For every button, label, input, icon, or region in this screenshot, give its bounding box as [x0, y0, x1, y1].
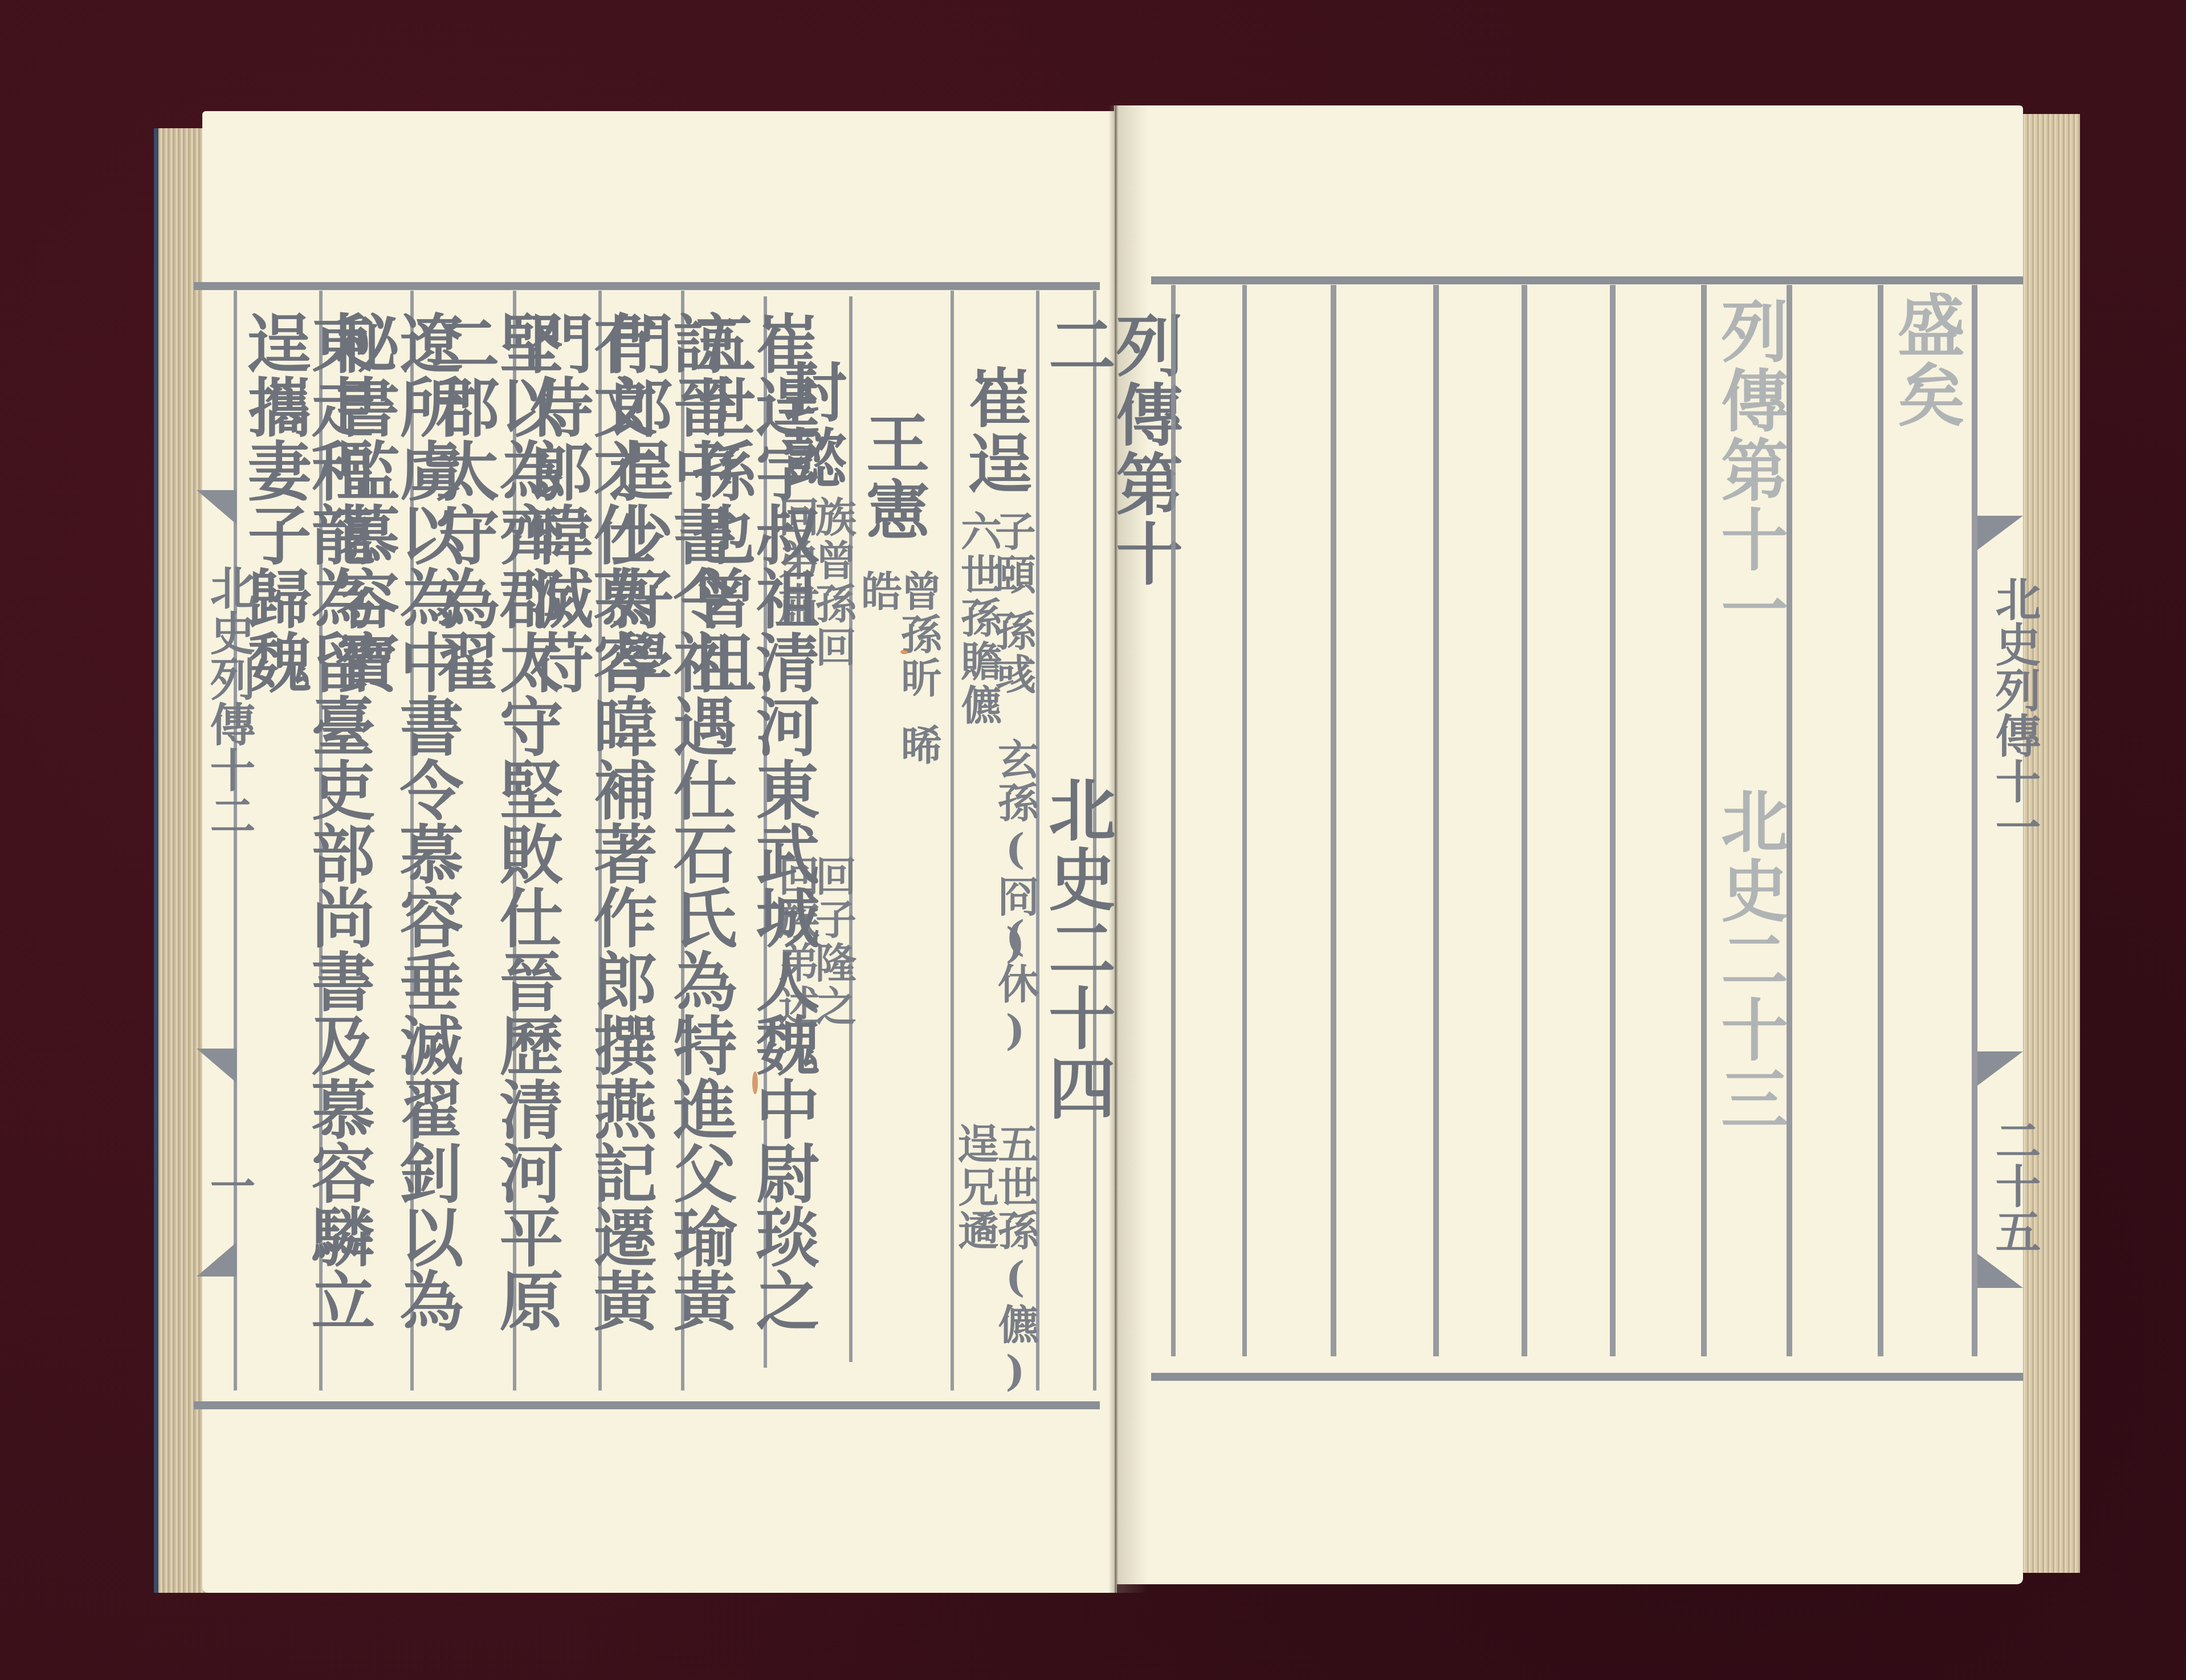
column-rule: [849, 296, 853, 1362]
column-rule: [1331, 285, 1336, 1356]
toc-name-cui-cheng: 崔逞: [963, 365, 1027, 497]
toc-name-wang-xian: 王憲: [860, 410, 924, 543]
column-rule: [1171, 285, 1176, 1356]
paper-stain: [752, 1071, 758, 1094]
right-margin-book-title: 北史列傳十一: [1982, 576, 2048, 849]
column-rule: [1522, 285, 1527, 1356]
closing-text: 盛矣: [1892, 291, 1959, 430]
toc-note: 曾孫昕: [898, 570, 939, 700]
paper-stain: [900, 650, 908, 654]
toc-note: 五世孫(儦): [994, 1123, 1035, 1397]
toc-note: 晞: [898, 724, 939, 767]
toc-note: 皓: [858, 570, 899, 613]
volume-title: 北史二十四: [1043, 775, 1110, 1128]
column-rule: [1972, 285, 1977, 1356]
body-column-6: 東走和龍為留臺吏部尚書及慕容驎立逞攜妻子歸魏: [242, 311, 370, 1382]
margin-book-title: 北史列傳十二: [197, 564, 262, 838]
column-rule: [1878, 285, 1883, 1356]
right-chapter-title: 列傳第十一: [1715, 296, 1783, 644]
column-rule: [1433, 285, 1439, 1356]
toc-note: (休): [994, 912, 1035, 1057]
right-page-frame: [1151, 276, 2023, 1381]
right-margin-leaf-number: 二十五: [1982, 1117, 2048, 1254]
margin-leaf-number: 一: [197, 1163, 262, 1208]
right-volume-title: 北史二十三: [1715, 786, 1783, 1134]
toc-note: 儦: [957, 684, 998, 727]
column-rule: [1701, 285, 1707, 1356]
toc-note: 逞兄遹: [955, 1123, 996, 1253]
column-rule: [1610, 285, 1616, 1356]
column-rule: [1242, 285, 1247, 1356]
